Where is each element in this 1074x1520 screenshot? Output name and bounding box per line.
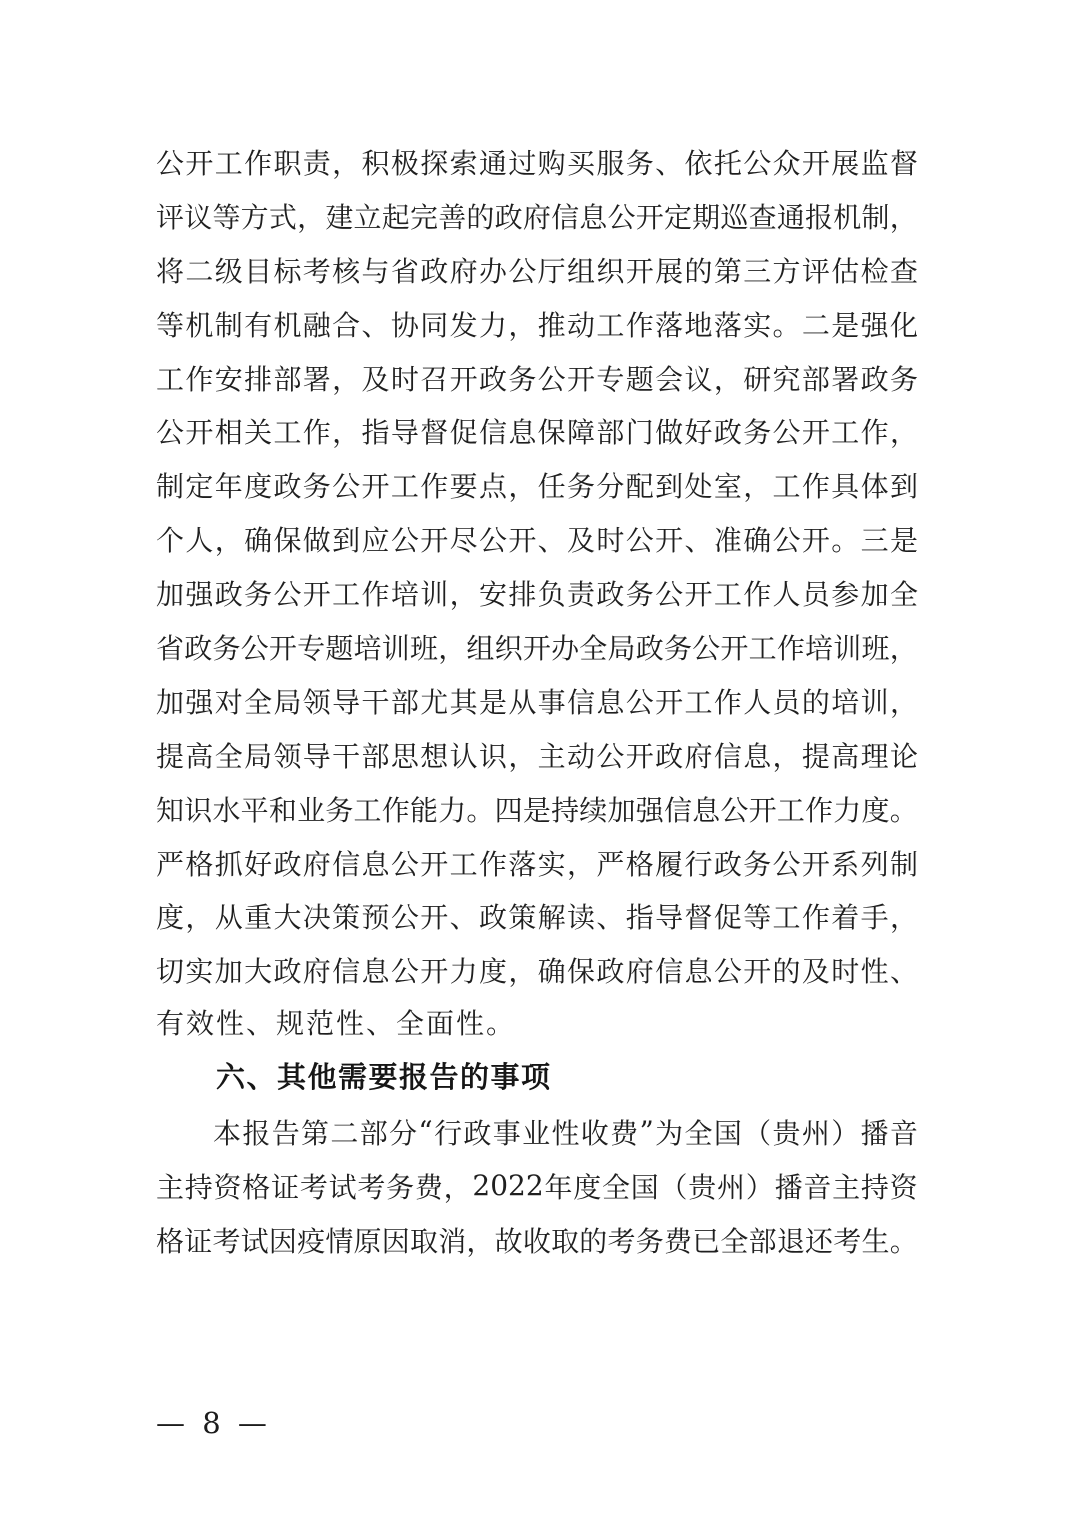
text-line: 加强政务公开工作培训，安排负责政务公开工作人员参加全 bbox=[156, 566, 918, 620]
text-line: 主持资格证考试考务费，2022年度全国（贵州）播音主持资 bbox=[156, 1159, 918, 1213]
text-line: 知识水平和业务工作能力。四是持续加强信息公开工作力度。 bbox=[156, 782, 918, 836]
document-page: 公开工作职责，积极探索通过购买服务、依托公众开展监督评议等方式，建立起完善的政府… bbox=[0, 0, 1074, 1520]
text-line: 提高全局领导干部思想认识，主动公开政府信息，提高理论 bbox=[156, 728, 918, 782]
text-line: 工作安排部署，及时召开政务公开专题会议，研究部署政务 bbox=[156, 351, 918, 405]
document-body: 公开工作职责，积极探索通过购买服务、依托公众开展监督评议等方式，建立起完善的政府… bbox=[156, 135, 918, 1267]
text-line: 有效性、规范性、全面性。 bbox=[156, 997, 918, 1051]
text-line: 等机制有机融合、协同发力，推动工作落地落实。二是强化 bbox=[156, 297, 918, 351]
text-line: 格证考试因疫情原因取消，故收取的考务费已全部退还考生。 bbox=[156, 1213, 918, 1267]
paragraph-other-items: 本报告第二部分“行政事业性收费”为全国（贵州）播音主持资格证考试考务费，2022… bbox=[156, 1105, 918, 1267]
text-line: 评议等方式，建立起完善的政府信息公开定期巡查通报机制， bbox=[156, 189, 918, 243]
page-number: — 8 — bbox=[156, 1406, 269, 1440]
text-line: 公开工作职责，积极探索通过购买服务、依托公众开展监督 bbox=[156, 135, 918, 189]
section-heading-text: 六、其他需要报告的事项 bbox=[216, 1060, 552, 1094]
text-line: 度，从重大决策预公开、政策解读、指导督促等工作着手， bbox=[156, 889, 918, 943]
text-line: 加强对全局领导干部尤其是从事信息公开工作人员的培训， bbox=[156, 674, 918, 728]
text-line: 切实加大政府信息公开力度，确保政府信息公开的及时性、 bbox=[156, 943, 918, 997]
text-line: 将二级目标考核与省政府办公厅组织开展的第三方评估检查 bbox=[156, 243, 918, 297]
text-line: 省政务公开专题培训班，组织开办全局政务公开工作培训班， bbox=[156, 620, 918, 674]
text-line: 严格抓好政府信息公开工作落实，严格履行政务公开系列制 bbox=[156, 836, 918, 890]
text-line: 个人，确保做到应公开尽公开、及时公开、准确公开。三是 bbox=[156, 512, 918, 566]
text-line: 制定年度政务公开工作要点，任务分配到处室，工作具体到 bbox=[156, 458, 918, 512]
text-line: 本报告第二部分“行政事业性收费”为全国（贵州）播音 bbox=[156, 1105, 918, 1159]
paragraph-continuation: 公开工作职责，积极探索通过购买服务、依托公众开展监督评议等方式，建立起完善的政府… bbox=[156, 135, 918, 1051]
text-line: 公开相关工作，指导督促信息保障部门做好政务公开工作， bbox=[156, 404, 918, 458]
section-heading: 六、其他需要报告的事项 bbox=[156, 1051, 918, 1105]
